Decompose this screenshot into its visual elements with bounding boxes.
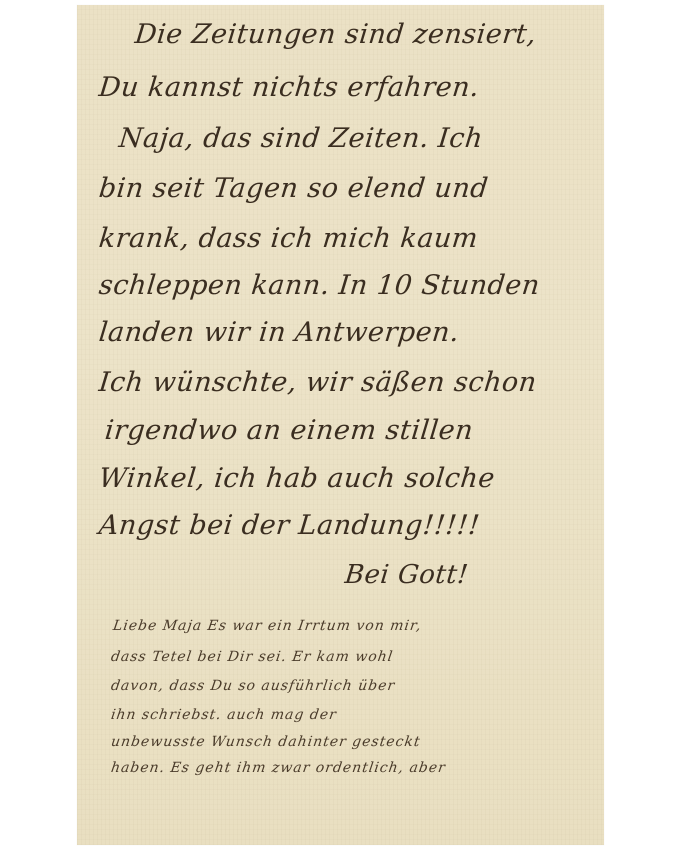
postscript-line: haben. Es geht ihm zwar ordentlich, aber	[110, 760, 447, 776]
postscript-line: unbewusste Wunsch dahinter gesteckt	[110, 734, 422, 750]
letter-line: Ich wünschte, wir säßen schon	[97, 367, 538, 398]
letter-line: Die Zeitungen sind zensiert,	[133, 19, 537, 50]
letter-line: bin seit Tagen so elend und	[97, 173, 489, 204]
letter-line: Du kannst nichts erfahren.	[97, 72, 480, 103]
letter-line: schleppen kann. In 10 Stunden	[97, 270, 541, 301]
letter-line: Winkel, ich hab auch solche	[97, 463, 496, 494]
letter-line: Naja, das sind Zeiten. Ich	[117, 123, 484, 154]
postscript-line: dass Tetel bei Dir sei. Er kam wohl	[110, 649, 394, 665]
postscript-line: ihn schriebst. auch mag der	[110, 707, 338, 723]
postscript-line: Liebe Maja Es war ein Irrtum von mir,	[112, 618, 423, 634]
letter-line: Angst bei der Landung!!!!!	[97, 510, 481, 541]
letter-line: krank, dass ich mich kaum	[97, 223, 479, 254]
letter-page: Die Zeitungen sind zensiert, Du kannst n…	[77, 5, 604, 845]
postscript-line: davon, dass Du so ausführlich über	[110, 678, 396, 694]
letter-line: irgendwo an einem stillen	[103, 415, 474, 446]
signature: Bei Gott!	[343, 560, 469, 590]
letter-line: landen wir in Antwerpen.	[97, 317, 460, 348]
